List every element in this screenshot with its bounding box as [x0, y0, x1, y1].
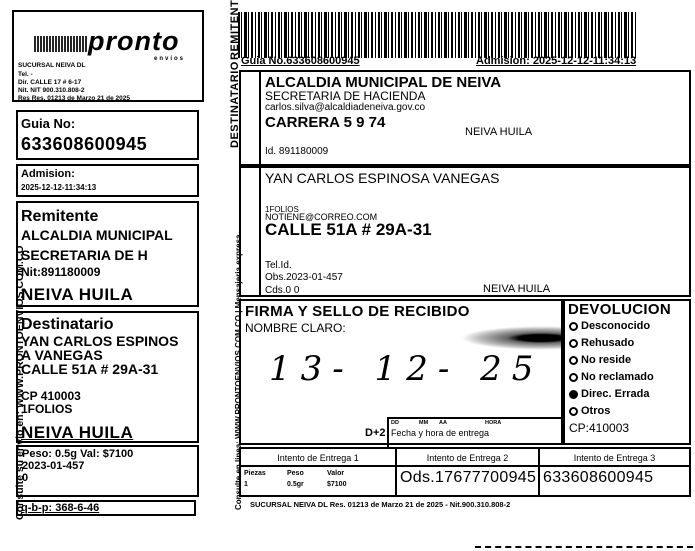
stub-guia-box: Guia No: 633608600945: [16, 110, 199, 160]
devolucion-option-rehusado[interactable]: Rehusado: [569, 337, 634, 349]
devolucion-section: DEVOLUCION Desconocido Rehusado No resid…: [563, 299, 691, 445]
stub-admision-label: Admision:: [21, 168, 75, 180]
devolucion-title: DEVOLUCION: [568, 301, 671, 318]
destinatario-address: CALLE 51A # 29A-31: [265, 220, 432, 240]
intento-3-column: Intento de Entrega 3 633608600945: [540, 449, 689, 495]
company-logo: pronto envios: [34, 32, 204, 58]
devolucion-option-direc-errada[interactable]: Direc. Errada: [569, 388, 649, 400]
remitente-address: CARRERA 5 9 74: [265, 114, 385, 131]
stub-peso-line2: 2023-01-457: [22, 460, 84, 472]
branch-dir: Dir. CALLE 17 # 6-17: [18, 79, 81, 87]
intentos-entrega-table: Intento de Entrega 1 Piezas 1 Peso 0.5gr…: [239, 447, 691, 497]
d-plus-2-label: D+2: [365, 427, 386, 439]
remitente-id: Id. 891180009: [265, 146, 328, 157]
option-label: No reside: [581, 354, 631, 366]
branch-name: SUCURSAL NEIVA DL: [18, 62, 85, 70]
branch-tel: Tel. -: [18, 71, 33, 79]
radio-unchecked-icon[interactable]: [569, 407, 578, 416]
stub-remitente-nit: Nit:891180009: [21, 265, 100, 279]
destinatario-tel: Tel.Id.: [265, 260, 292, 271]
branch-header: pronto envios SUCURSAL NEIVA DL Tel. - D…: [12, 10, 204, 102]
remitente-tab: REMITENTE: [241, 72, 261, 164]
destinatario-tab-label: DESTINATARIO: [227, 41, 243, 168]
fecha-entrega-box: DD MM AA HORA Fecha y hora de entrega: [387, 417, 565, 447]
main-vertical-website: Consulte en linea: WWW.PRONTOENVIOS.COM.…: [224, 160, 238, 510]
logo-tagline: envios: [154, 56, 185, 62]
intento-1-column: Intento de Entrega 1 Piezas 1 Peso 0.5gr…: [241, 449, 397, 495]
intento-3-value: 633608600945: [543, 469, 653, 487]
stub-destinatario-cp: CP 410003: [21, 389, 81, 403]
stub-remitente-label: Remitente: [21, 208, 98, 225]
stub-destinatario-city: NEIVA HUILA: [21, 423, 133, 443]
devolucion-option-no-reside[interactable]: No reside: [569, 354, 631, 366]
stub-admision-box: Admision: 2025-12-12-11:34:13: [16, 164, 199, 197]
destinatario-cds: Cds.0 0: [265, 285, 299, 296]
stub-vertical-website: Consulte su envio en: WWW.PRONTOENVIOS.C…: [2, 150, 16, 520]
remitente-section: REMITENTE ALCALDIA MUNICIPAL DE NEIVA SE…: [239, 70, 691, 166]
stub-destinatario-address: CALLE 51A # 29A-31: [21, 361, 158, 377]
radio-unchecked-icon[interactable]: [569, 356, 578, 365]
stub-peso-line1: Peso: 0.5g Val: $7100: [22, 448, 133, 460]
fecha-entrega-label: Fecha y hora de entrega: [391, 428, 489, 438]
option-label: Direc. Errada: [581, 388, 649, 400]
main-admision: Admision: 2025-12-12-11:34:13: [476, 55, 636, 67]
stub-remitente-line2: SECRETARIA DE H: [21, 247, 148, 263]
destinatario-obs: Obs.2023-01-457: [265, 272, 343, 283]
firma-section: FIRMA Y SELLO DE RECIBIDO NOMBRE CLARO: …: [239, 299, 563, 445]
fecha-mm: MM: [419, 420, 428, 426]
main-guia-number: Guia No.633608600945: [241, 55, 360, 67]
peso-label: Peso: [287, 470, 304, 477]
stub-guia-number: 633608600945: [21, 134, 147, 155]
devolucion-option-otros[interactable]: Otros: [569, 405, 610, 417]
radio-unchecked-icon[interactable]: [569, 322, 578, 331]
logo-brand: pronto: [88, 26, 179, 57]
footer-branch-info: SUCURSAL NEIVA DL Res. 01213 de Marzo 21…: [250, 500, 510, 509]
destinatario-name: YAN CARLOS ESPINOSA VANEGAS: [265, 170, 499, 186]
stub-remitente-line1: ALCALDIA MUNICIPAL: [21, 227, 173, 243]
branch-res: Res Res. 01213 de Marzo 21 de 2025: [18, 95, 130, 103]
remitente-city: NEIVA HUILA: [465, 126, 532, 138]
peso-value: 0.5gr: [287, 481, 304, 488]
stub-code-box: q-b-p: 368-6-46: [16, 500, 196, 516]
fecha-hora: HORA: [485, 420, 501, 426]
intento-1-header: Intento de Entrega 1: [241, 449, 395, 467]
remitente-email: carlos.silva@alcaldiadeneiva.gov.co: [265, 102, 425, 113]
stub-peso-line3: 0: [22, 472, 28, 484]
intento-2-column: Intento de Entrega 2 Ods.17677700945: [397, 449, 540, 495]
stub-remitente-box: Remitente ALCALDIA MUNICIPAL SECRETARIA …: [16, 201, 199, 307]
logo-mark-icon: [34, 36, 88, 52]
stamp-icon: [461, 326, 561, 350]
radio-unchecked-icon[interactable]: [569, 339, 578, 348]
valor-value: $7100: [327, 481, 346, 488]
piezas-label: Piezas: [244, 470, 266, 477]
destinatario-section: DESTINATARIO YAN CARLOS ESPINOSA VANEGAS…: [239, 166, 691, 297]
destinatario-tab: DESTINATARIO: [241, 168, 261, 295]
destinatario-city: NEIVA HUILA: [483, 283, 550, 295]
stub-destinatario-label: Destinatario: [21, 316, 113, 333]
devolucion-option-no-reclamado[interactable]: No reclamado: [569, 371, 654, 383]
firma-title: FIRMA Y SELLO DE RECIBIDO: [245, 303, 470, 320]
stub-destinatario-box: Destinatario YAN CARLOS ESPINOS A VANEGA…: [16, 311, 199, 443]
edge-divider: [475, 546, 693, 548]
barcode-icon: [238, 12, 638, 58]
option-label: Desconocido: [581, 320, 650, 332]
option-label: Otros: [581, 405, 610, 417]
option-label: Rehusado: [581, 337, 634, 349]
fecha-aa: AA: [439, 420, 447, 426]
intento-2-header: Intento de Entrega 2: [397, 449, 538, 467]
intento-2-value: Ods.17677700945: [400, 469, 536, 487]
nombre-claro-label: NOMBRE CLARO:: [245, 321, 346, 335]
fecha-dd: DD: [391, 420, 399, 426]
remitente-dept: SECRETARIA DE HACIENDA: [265, 89, 425, 103]
radio-checked-icon[interactable]: [569, 390, 578, 399]
stub-peso-box: Peso: 0.5g Val: $7100 2023-01-457 0: [16, 445, 199, 497]
radio-unchecked-icon[interactable]: [569, 373, 578, 382]
stub-guia-label: Guia No:: [21, 116, 75, 131]
devolucion-option-desconocido[interactable]: Desconocido: [569, 320, 650, 332]
option-label: No reclamado: [581, 371, 654, 383]
piezas-value: 1: [244, 481, 248, 488]
intento-3-header: Intento de Entrega 3: [540, 449, 689, 467]
handwritten-date: 13- 12- 25: [269, 349, 543, 389]
stub-code: q-b-p: 368-6-46: [21, 502, 99, 514]
branch-nit: Nit. NIT 900.310.808-2: [18, 87, 84, 95]
valor-label: Valor: [327, 470, 344, 477]
devolucion-cp: CP:410003: [569, 421, 629, 435]
stub-remitente-city: NEIVA HUILA: [21, 285, 133, 305]
stub-admision-value: 2025-12-12-11:34:13: [21, 183, 96, 192]
stub-destinatario-folios: 1FOLIOS: [21, 402, 72, 416]
